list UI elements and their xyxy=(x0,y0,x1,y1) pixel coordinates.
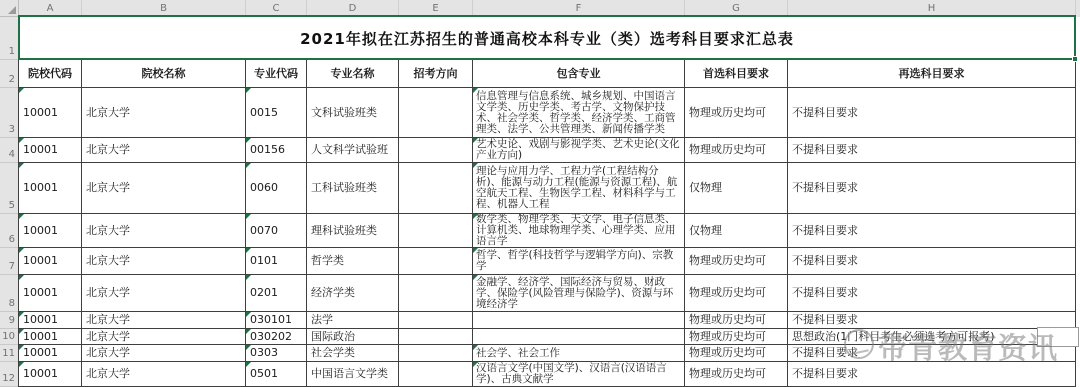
table-row: 10001 北京大学 0070 理科试验班类 数学类、物理学类、天文学、电子信息… xyxy=(19,214,1076,248)
cell-majors[interactable]: 金融学、经济学、国际经济与贸易、财政学、保险学(风险管理与保险学)、资源与环境经… xyxy=(473,275,685,312)
cell-school-code[interactable]: 10001 xyxy=(19,329,82,345)
table-row: 10001 北京大学 0015 文科试验班类 信息管理与信息系统、城乡规划、中国… xyxy=(19,88,1076,138)
cell-school-name[interactable]: 北京大学 xyxy=(82,275,246,312)
spreadsheet-window: A B C D E F G H 1 2 3 4 5 6 7 8 9 10 11 … xyxy=(0,0,1080,387)
cell-major-name[interactable]: 法学 xyxy=(307,312,399,329)
header-major-code[interactable]: 专业代码 xyxy=(246,60,307,88)
cell-direction[interactable] xyxy=(399,138,473,163)
cell-primary-req[interactable]: 物理或历史均可 xyxy=(685,88,788,138)
table-row: 10001 北京大学 0303 社会学类 社会学、社会工作 物理或历史均可 不提… xyxy=(19,345,1076,362)
table-row: 10001 北京大学 0101 哲学类 哲学、哲学(科技哲学与逻辑学方向)、宗教… xyxy=(19,248,1076,275)
cell-school-code[interactable]: 10001 xyxy=(19,163,82,214)
cell-direction[interactable] xyxy=(399,214,473,248)
cell-school-code[interactable]: 10001 xyxy=(19,312,82,329)
table-row: 10001 北京大学 030101 法学 物理或历史均可 不提科目要求 xyxy=(19,312,1076,329)
cell-secondary-req[interactable]: 不提科目要求 xyxy=(788,214,1076,248)
column-header-d[interactable]: D xyxy=(307,0,399,17)
cell-major-name[interactable]: 工科试验班类 xyxy=(307,163,399,214)
cell-direction[interactable] xyxy=(399,329,473,345)
cell-school-name[interactable]: 北京大学 xyxy=(82,138,246,163)
cell-school-code[interactable]: 10001 xyxy=(19,275,82,312)
title-row: 2021年拟在江苏招生的普通高校本科专业（类）选考科目要求汇总表 xyxy=(19,17,1076,60)
cell-school-code[interactable]: 10001 xyxy=(19,214,82,248)
cell-major-name[interactable]: 文科试验班类 xyxy=(307,88,399,138)
cell-secondary-req[interactable]: 不提科目要求 xyxy=(788,138,1076,163)
cell-direction[interactable] xyxy=(399,345,473,362)
row-header-1[interactable]: 1 xyxy=(0,17,18,60)
table: 2021年拟在江苏招生的普通高校本科专业（类）选考科目要求汇总表 院校代码 院校… xyxy=(18,17,1076,387)
header-direction[interactable]: 招考方向 xyxy=(399,60,473,88)
header-secondary-req[interactable]: 再选科目要求 xyxy=(788,60,1076,88)
cell-school-name[interactable]: 北京大学 xyxy=(82,248,246,275)
cell-majors[interactable]: 艺术史论、戏剧与影视学类、艺术史论(文化产业方向) xyxy=(473,138,685,163)
row-header-8[interactable]: 8 xyxy=(0,275,18,312)
cell-school-code[interactable]: 10001 xyxy=(19,345,82,362)
column-header-h[interactable]: H xyxy=(788,0,1076,17)
page-title[interactable]: 2021年拟在江苏招生的普通高校本科专业（类）选考科目要求汇总表 xyxy=(19,17,1076,60)
row-header-4[interactable]: 4 xyxy=(0,138,18,163)
cell-major-code[interactable]: 0501 xyxy=(246,362,307,387)
cell-primary-req[interactable]: 仅物理 xyxy=(685,163,788,214)
table-row: 10001 北京大学 00156 人文科学试验班 艺术史论、戏剧与影视学类、艺术… xyxy=(19,138,1076,163)
cell-school-name[interactable]: 北京大学 xyxy=(82,362,246,387)
column-header-e[interactable]: E xyxy=(399,0,473,17)
cell-direction[interactable] xyxy=(399,163,473,214)
cell-major-code[interactable]: 0060 xyxy=(246,163,307,214)
cell-school-name[interactable]: 北京大学 xyxy=(82,329,246,345)
row-headers: 1 2 3 4 5 6 7 8 9 10 11 12 xyxy=(0,17,19,387)
header-majors[interactable]: 包含专业 xyxy=(473,60,685,88)
cell-school-name[interactable]: 北京大学 xyxy=(82,345,246,362)
cell-direction[interactable] xyxy=(399,88,473,138)
header-primary-req[interactable]: 首选科目要求 xyxy=(685,60,788,88)
header-school-name[interactable]: 院校名称 xyxy=(82,60,246,88)
cell-direction[interactable] xyxy=(399,275,473,312)
cell-primary-req[interactable]: 仅物理 xyxy=(685,214,788,248)
row-header-11[interactable]: 11 xyxy=(0,345,18,362)
cell-primary-req[interactable]: 物理或历史均可 xyxy=(685,362,788,387)
cell-primary-req[interactable]: 物理或历史均可 xyxy=(685,329,788,345)
cell-major-code[interactable]: 0303 xyxy=(246,345,307,362)
cell-secondary-req[interactable]: 不提科目要求 xyxy=(788,345,1076,362)
cell-major-name[interactable]: 哲学类 xyxy=(307,248,399,275)
cell-major-name[interactable]: 社会学类 xyxy=(307,345,399,362)
cell-major-name[interactable]: 经济学类 xyxy=(307,275,399,312)
cell-school-name[interactable]: 北京大学 xyxy=(82,88,246,138)
cell-major-code[interactable]: 030101 xyxy=(246,312,307,329)
cell-primary-req[interactable]: 物理或历史均可 xyxy=(685,312,788,329)
cell-major-code[interactable]: 0201 xyxy=(246,275,307,312)
cell-school-name[interactable]: 北京大学 xyxy=(82,214,246,248)
cell-major-code[interactable]: 0101 xyxy=(246,248,307,275)
cell-direction[interactable] xyxy=(399,248,473,275)
table-row: 10001 北京大学 0060 工科试验班类 理论与应用力学、工程力学(工程结构… xyxy=(19,163,1076,214)
cell-primary-req[interactable]: 物理或历史均可 xyxy=(685,275,788,312)
cell-major-name[interactable]: 中国语言文学类 xyxy=(307,362,399,387)
cell-secondary-req[interactable]: 不提科目要求 xyxy=(788,312,1076,329)
cell-school-code[interactable]: 10001 xyxy=(19,88,82,138)
select-all-corner[interactable] xyxy=(0,0,19,17)
cell-secondary-req[interactable]: 不提科目要求 xyxy=(788,248,1076,275)
cell-majors[interactable] xyxy=(473,329,685,345)
column-header-a[interactable]: A xyxy=(19,0,82,17)
cell-major-code[interactable]: 0070 xyxy=(246,214,307,248)
cell-majors[interactable]: 社会学、社会工作 xyxy=(473,345,685,362)
cell-secondary-req[interactable]: 不提科目要求 xyxy=(788,163,1076,214)
cell-major-name[interactable]: 人文科学试验班 xyxy=(307,138,399,163)
cell-major-code[interactable]: 030202 xyxy=(246,329,307,345)
header-row: 院校代码 院校名称 专业代码 专业名称 招考方向 包含专业 首选科目要求 再选科… xyxy=(19,60,1076,88)
cell-major-name[interactable]: 理科试验班类 xyxy=(307,214,399,248)
table-row: 10001 北京大学 0201 经济学类 金融学、经济学、国际经济与贸易、财政学… xyxy=(19,275,1076,312)
cell-school-code[interactable]: 10001 xyxy=(19,362,82,387)
cell-secondary-req[interactable]: 不提科目要求 xyxy=(788,362,1076,387)
cell-primary-req[interactable]: 物理或历史均可 xyxy=(685,345,788,362)
cell-majors[interactable] xyxy=(473,312,685,329)
cell-school-code[interactable]: 10001 xyxy=(19,248,82,275)
column-header-b[interactable]: B xyxy=(82,0,246,17)
column-header-f[interactable]: F xyxy=(473,0,685,17)
cell-direction[interactable] xyxy=(399,312,473,329)
cell-majors[interactable]: 哲学、哲学(科技哲学与逻辑学方向)、宗教学 xyxy=(473,248,685,275)
row-header-5[interactable]: 5 xyxy=(0,163,18,214)
cell-majors[interactable]: 理论与应用力学、工程力学(工程结构分析)、能源与动力工程(能源与资源工程)、航空… xyxy=(473,163,685,214)
row-header-9[interactable]: 9 xyxy=(0,312,18,329)
cell-primary-req[interactable]: 物理或历史均可 xyxy=(685,138,788,163)
cell-school-name[interactable]: 北京大学 xyxy=(82,312,246,329)
table-row: 10001 北京大学 030202 国际政治 物理或历史均可 思想政治(1门科目… xyxy=(19,329,1076,345)
header-school-code[interactable]: 院校代码 xyxy=(19,60,82,88)
row-header-7[interactable]: 7 xyxy=(0,248,18,275)
header-major-name[interactable]: 专业名称 xyxy=(307,60,399,88)
cell-majors[interactable]: 数学类、物理学类、天文学、电子信息类、计算机类、地球物理学类、心理学类、应用语言… xyxy=(473,214,685,248)
cell-majors[interactable]: 汉语言文学(中国文学)、汉语言(汉语语言学)、古典文献学 xyxy=(473,362,685,387)
cell-secondary-req[interactable]: 不提科目要求 xyxy=(788,275,1076,312)
table-row: 10001 北京大学 0501 中国语言文学类 汉语言文学(中国文学)、汉语言(… xyxy=(19,362,1076,387)
row-header-12[interactable]: 12 xyxy=(0,362,18,387)
column-headers: A B C D E F G H xyxy=(19,0,1080,17)
cell-school-code[interactable]: 10001 xyxy=(19,138,82,163)
row-header-10[interactable]: 10 xyxy=(0,329,18,345)
row-header-2[interactable]: 2 xyxy=(0,60,18,88)
cell-major-code[interactable]: 0015 xyxy=(246,88,307,138)
cell-major-name[interactable]: 国际政治 xyxy=(307,329,399,345)
cell-direction[interactable] xyxy=(399,362,473,387)
cell-majors[interactable]: 信息管理与信息系统、城乡规划、中国语言文学类、历史学类、考古学、文物保护技术、社… xyxy=(473,88,685,138)
column-header-c[interactable]: C xyxy=(246,0,307,17)
cell-primary-req[interactable]: 物理或历史均可 xyxy=(685,248,788,275)
select-all-triangle-icon xyxy=(8,6,16,14)
column-header-g[interactable]: G xyxy=(685,0,788,17)
cell-school-name[interactable]: 北京大学 xyxy=(82,163,246,214)
cell-major-code[interactable]: 00156 xyxy=(246,138,307,163)
row-header-6[interactable]: 6 xyxy=(0,214,18,248)
cell-secondary-req[interactable]: 不提科目要求 xyxy=(788,88,1076,138)
row-header-3[interactable]: 3 xyxy=(0,88,18,138)
cell-secondary-req[interactable]: 思想政治(1门科目考生必须选考方可报考) xyxy=(788,329,1076,345)
